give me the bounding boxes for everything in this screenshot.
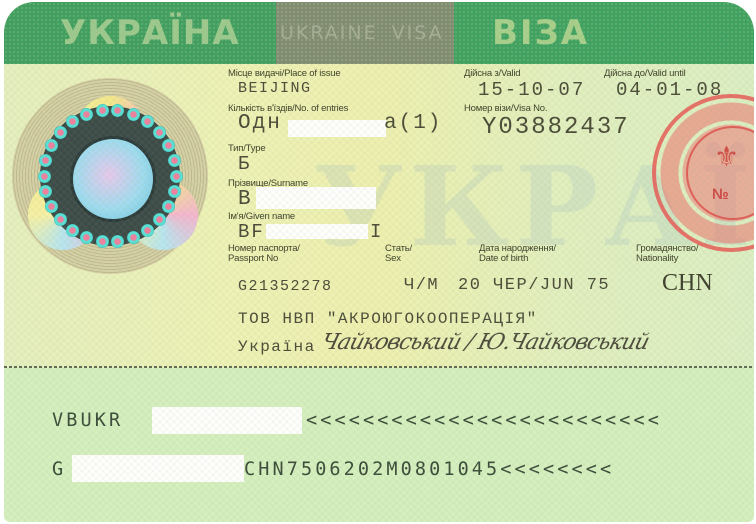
title-visa: VISA (392, 22, 444, 44)
date-of-birth-value: 20 ЧЕР/JUN 75 (458, 276, 610, 295)
hologram-dot (66, 224, 79, 237)
entries-value-start: Одн (238, 112, 282, 135)
perforation-line (4, 366, 754, 368)
sex-value: Ч/М (404, 276, 439, 295)
redaction-surname (256, 187, 376, 209)
title-ukraine: UKRAINE (280, 22, 378, 44)
consul-signature: Чайковський / Ю.Чайковський (319, 330, 652, 355)
hologram-dot (111, 235, 124, 248)
header-viza: ВІЗА (454, 2, 754, 64)
visa-number-label: Номер візи/Visa No. (464, 104, 547, 114)
nationality-value: CHN (662, 270, 713, 297)
remarks-organization: ТОВ НВП "АКРОЮГОКООПЕРАЦІЯ" (238, 310, 538, 328)
hologram-core (70, 136, 156, 222)
header-ukraine-visa-en: UKRAINE VISA (276, 2, 454, 64)
redaction-mrz-line2 (72, 455, 244, 482)
hologram-dot (54, 126, 67, 139)
hologram-dot (141, 224, 154, 237)
hologram-dot (127, 231, 140, 244)
type-value: Б (238, 153, 251, 175)
visa-number-value: Y03882437 (482, 114, 630, 141)
visa-document: УКРАЇНА UKRAINE VISA ВІЗА УКРАЇНА ⚜ № Мі… (4, 2, 754, 522)
valid-until-value: 04-01-08 (616, 79, 723, 101)
given-name-value-end: I (370, 221, 383, 243)
trident-icon: ⚜ (714, 140, 739, 173)
place-of-issue-value: BEIJING (238, 80, 312, 97)
hologram-dot (162, 139, 175, 152)
hologram-dot (127, 108, 140, 121)
hologram-seal-icon (12, 78, 208, 274)
hologram-dot (153, 126, 166, 139)
valid-from-label: Дійсна з/Valid (464, 69, 520, 79)
place-of-issue-label: Місце видачі/Place of issue (228, 69, 340, 79)
nationality-label-en: Nationality (636, 254, 678, 264)
passport-number-label-en: Passport No (228, 254, 278, 264)
date-of-birth-label-en: Date of birth (479, 254, 528, 264)
remarks-country: Україна (238, 338, 316, 356)
hologram-dot (45, 139, 58, 152)
valid-until-label: Дійсна до/Valid until (604, 69, 686, 79)
redaction-entries (288, 120, 386, 137)
title-ukraina: УКРАЇНА (60, 13, 240, 53)
passport-number-value: G21352278 (238, 278, 333, 295)
entries-value-end: а(1) (384, 112, 442, 135)
mrz-line1-start: VBUKR (52, 410, 123, 431)
mrz-line1-end: <<<<<<<<<<<<<<<<<<<<<<<<< (306, 410, 662, 431)
hologram-dot (168, 185, 181, 198)
machine-readable-zone (4, 368, 754, 522)
surname-value-start: B (238, 188, 253, 211)
title-viza: ВІЗА (492, 13, 589, 53)
hologram-dot (80, 108, 93, 121)
valid-from-value: 15-10-07 (478, 79, 585, 101)
mrz-line2-start: G (52, 459, 66, 480)
visa-header-band: УКРАЇНА UKRAINE VISA ВІЗА (4, 2, 754, 64)
stamp-number: № (712, 186, 729, 203)
redaction-mrz-line1 (152, 407, 302, 434)
redaction-given-name (266, 224, 368, 239)
hologram-dot (96, 104, 109, 117)
hologram-dot (170, 170, 183, 183)
hologram-dot (38, 170, 51, 183)
hologram-dot (96, 235, 109, 248)
given-name-value-start: BF (238, 221, 265, 243)
hologram-dot (162, 200, 175, 213)
header-ukraine-ua: УКРАЇНА (4, 2, 276, 64)
mrz-line2-end: CHN7506202M0801045<<<<<<<< (244, 459, 614, 480)
hologram-dot (168, 154, 181, 167)
sex-label-en: Sex (385, 254, 401, 264)
